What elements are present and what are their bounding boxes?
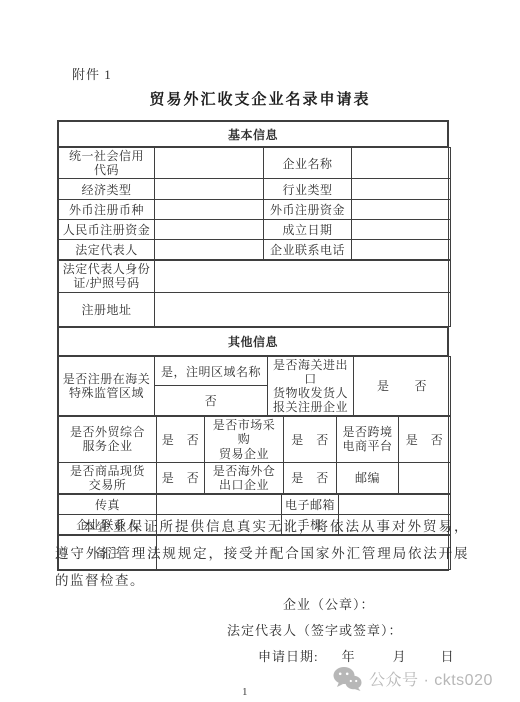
table-row: 是否外贸综合 服务企业 是 否 是否市场采购 贸易企业 是 否 是否跨境 电商平… xyxy=(59,417,451,462)
date-month-label: 月 xyxy=(393,649,407,664)
field-label-customs-registered-consignor: 是否海关进出口 货物收发货人 报关注册企业 xyxy=(268,356,354,416)
field-label-id-passport: 法定代表人身份 证/护照号码 xyxy=(59,261,155,292)
yesno-overseas-warehouse: 是 否 xyxy=(284,462,337,493)
table-row: 法定代表人身份 证/护照号码 xyxy=(59,261,451,292)
field-value-economic-type xyxy=(155,179,264,200)
field-value-foreign-currency xyxy=(155,200,264,220)
declaration-text: 本企业保证所提供信息真实无讹，将依法从事对外贸易，遵守外汇管理法规规定，接受并配… xyxy=(55,513,469,594)
page-title: 贸易外汇收支企业名录申请表 xyxy=(0,88,520,109)
option-no: 否 xyxy=(155,386,268,416)
field-value-founding-date xyxy=(352,220,451,240)
customs-zone-row: 是否注册在海关 特殊监管区域 是，注明区域名称 是否海关进出口 货物收发货人 报… xyxy=(58,356,451,417)
field-label-foreign-capital: 外币注册资金 xyxy=(264,200,352,220)
field-value-rmb-capital xyxy=(155,220,264,240)
field-label-economic-type: 经济类型 xyxy=(59,179,155,200)
wechat-icon xyxy=(333,666,362,691)
option-yes-zone-name: 是，注明区域名称 xyxy=(155,356,268,386)
watermark: 公众号 · ckts020 xyxy=(333,666,493,691)
application-form-table: 基本信息 统一社会信用 代码 企业名称 经济类型 行业类型 外币注册币种 外币注… xyxy=(57,120,449,571)
table-row: 法定代表人 企业联系电话 xyxy=(59,240,451,260)
field-label-founding-date: 成立日期 xyxy=(264,220,352,240)
yesno-rows: 是否外贸综合 服务企业 是 否 是否市场采购 贸易企业 是 否 是否跨境 电商平… xyxy=(58,416,451,494)
page-number: 1 xyxy=(242,686,248,698)
basic-info-rows: 统一社会信用 代码 企业名称 经济类型 行业类型 外币注册币种 外币注册资金 人… xyxy=(58,147,451,260)
document-page: 附件 1 贸易外汇收支企业名录申请表 基本信息 统一社会信用 代码 企业名称 经… xyxy=(0,0,520,702)
field-value-company-phone xyxy=(352,240,451,260)
field-label-foreign-trade-service: 是否外贸综合 服务企业 xyxy=(59,417,157,462)
table-row: 人民币注册资金 成立日期 xyxy=(59,220,451,240)
field-label-company-name: 企业名称 xyxy=(264,148,352,179)
field-label-market-procurement: 是否市场采购 贸易企业 xyxy=(205,417,284,462)
field-value-credit-code xyxy=(155,148,264,179)
field-value-industry-type xyxy=(352,179,451,200)
date-label: 申请日期: xyxy=(258,649,319,664)
field-value-foreign-capital xyxy=(352,200,451,220)
field-label-company-phone: 企业联系电话 xyxy=(264,240,352,260)
table-row: 经济类型 行业类型 xyxy=(59,179,451,200)
date-year-label: 年 xyxy=(342,649,356,664)
table-row: 统一社会信用 代码 企业名称 xyxy=(59,148,451,179)
field-value-email xyxy=(339,495,451,515)
field-label-crossborder-ecommerce: 是否跨境 电商平台 xyxy=(337,417,399,462)
field-label-fax: 传真 xyxy=(59,495,157,515)
field-value-id-passport xyxy=(155,261,451,292)
date-day-label: 日 xyxy=(441,649,455,664)
field-label-industry-type: 行业类型 xyxy=(264,179,352,200)
field-label-postcode: 邮编 xyxy=(337,462,399,493)
other-section-header: 其他信息 xyxy=(58,327,448,356)
legal-rep-signature-line: 法定代表人（签字或签章）： xyxy=(227,620,403,639)
basic-section-header: 基本信息 xyxy=(58,121,448,147)
company-seal-line: 企业（公章）： xyxy=(283,594,375,613)
table-row: 外币注册币种 外币注册资金 xyxy=(59,200,451,220)
section-header-other: 其他信息 xyxy=(59,327,448,355)
section-header-basic: 基本信息 xyxy=(59,122,448,147)
field-label-rmb-capital: 人民币注册资金 xyxy=(59,220,155,240)
table-row: 传真 电子邮箱 xyxy=(59,495,451,515)
yesno-crossborder-ecommerce: 是 否 xyxy=(399,417,451,462)
yesno-foreign-trade-service: 是 否 xyxy=(157,417,205,462)
field-label-commodity-exchange: 是否商品现货 交易所 xyxy=(59,462,157,493)
yesno-commodity-exchange: 是 否 xyxy=(157,462,205,493)
field-value-postcode xyxy=(399,462,451,493)
table-row: 是否商品现货 交易所 是 否 是否海外仓 出口企业 是 否 邮编 xyxy=(59,462,451,493)
field-value-registered-address xyxy=(155,292,451,326)
field-label-foreign-currency: 外币注册币种 xyxy=(59,200,155,220)
application-date-line: 申请日期:年月日 xyxy=(258,646,455,665)
field-label-overseas-warehouse: 是否海外仓 出口企业 xyxy=(205,462,284,493)
table-row: 是否注册在海关 特殊监管区域 是，注明区域名称 是否海关进出口 货物收发货人 报… xyxy=(59,356,451,386)
field-label-credit-code: 统一社会信用 代码 xyxy=(59,148,155,179)
field-value-legal-rep xyxy=(155,240,264,260)
field-label-registered-address: 注册地址 xyxy=(59,292,155,326)
field-value-fax xyxy=(157,495,282,515)
yesno-market-procurement: 是 否 xyxy=(284,417,337,462)
table-row: 注册地址 xyxy=(59,292,451,326)
field-label-legal-rep: 法定代表人 xyxy=(59,240,155,260)
attachment-label: 附件 1 xyxy=(72,64,112,83)
field-label-email: 电子邮箱 xyxy=(282,495,339,515)
field-value-company-name xyxy=(352,148,451,179)
yesno-customs-consignor: 是 否 xyxy=(354,356,451,416)
full-width-rows: 法定代表人身份 证/护照号码 注册地址 xyxy=(58,260,451,326)
watermark-text: 公众号 · ckts020 xyxy=(369,667,493,690)
field-label-customs-special-zone: 是否注册在海关 特殊监管区域 xyxy=(59,356,155,416)
